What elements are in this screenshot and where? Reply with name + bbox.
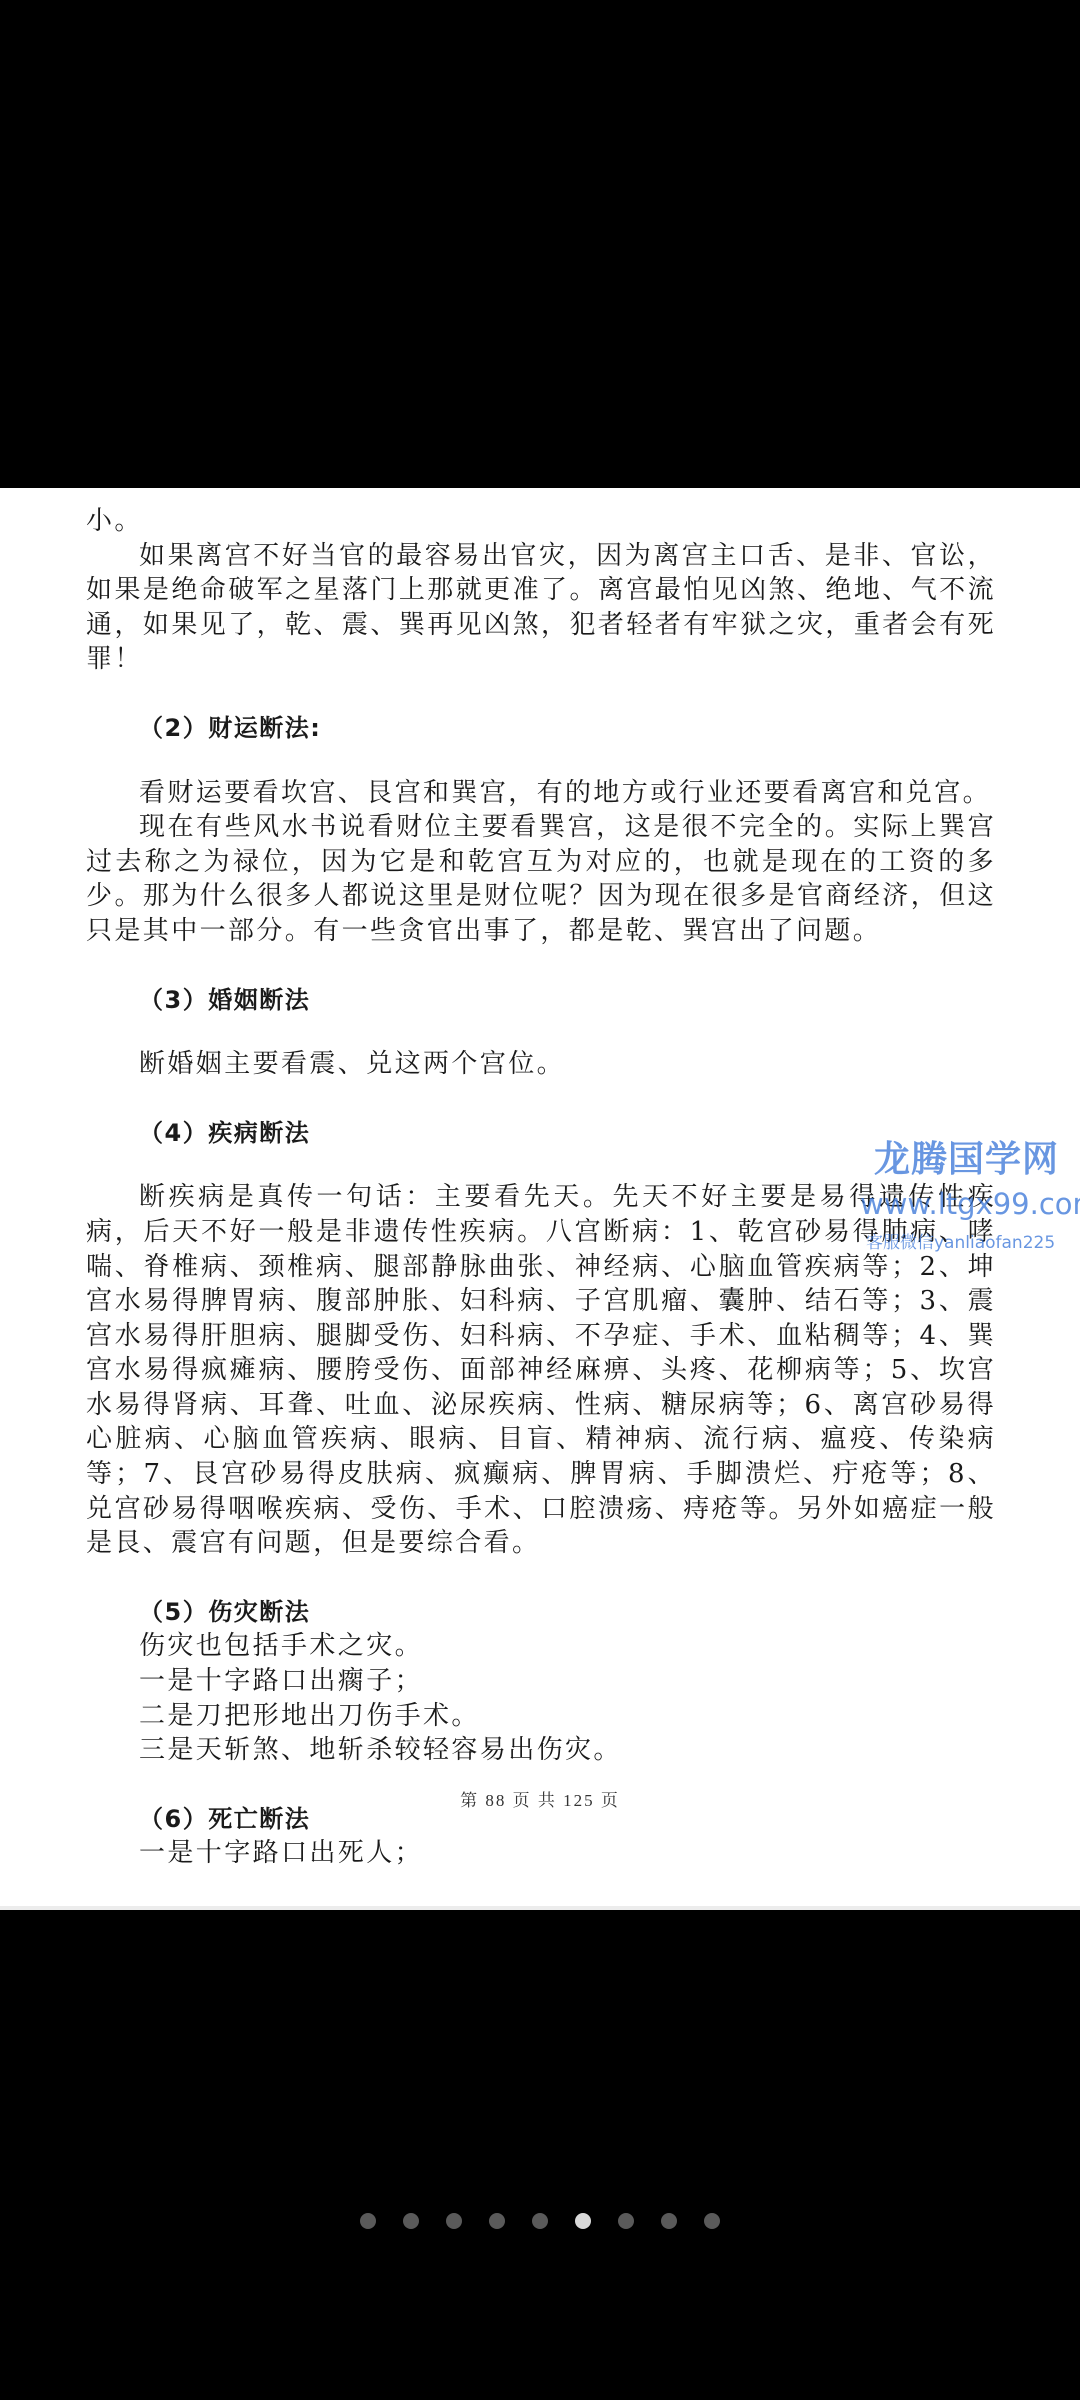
paragraph-injury-3: 三是天斩煞、地斩杀较轻容易出伤灾。	[86, 1733, 996, 1768]
page-dot-8[interactable]	[661, 2213, 677, 2229]
paragraph-marriage: 断婚姻主要看震、兑这两个宫位。	[86, 1047, 996, 1082]
section-heading-marriage: （3）婚姻断法	[86, 983, 996, 1018]
page-dot-4[interactable]	[489, 2213, 505, 2229]
page-dot-5[interactable]	[532, 2213, 548, 2229]
paragraph-continuation: 小。	[86, 504, 996, 539]
paragraph-death-1: 一是十字路口出死人；	[86, 1836, 996, 1871]
paragraph-injury-1: 一是十字路口出瘸子；	[86, 1664, 996, 1699]
section-heading-injury: （5）伤灾断法	[86, 1595, 996, 1630]
page-dot-6-active[interactable]	[575, 2213, 591, 2229]
page-dot-2[interactable]	[403, 2213, 419, 2229]
page-number-footer: 第 88 页 共 125 页	[0, 1786, 1080, 1811]
document-page[interactable]: 小。 如果离宫不好当官的最容易出官灾，因为离宫主口舌、是非、官讼，如果是绝命破军…	[0, 488, 1080, 1910]
page-indicator	[0, 2213, 1080, 2229]
paragraph-injury-2: 二是刀把形地出刀伤手术。	[86, 1699, 996, 1734]
page-dot-7[interactable]	[618, 2213, 634, 2229]
paragraph-wealth-position: 现在有些风水书说看财位主要看巽宫，这是很不完全的。实际上巽宫过去称之为禄位，因为…	[86, 810, 996, 948]
page-dot-1[interactable]	[360, 2213, 376, 2229]
image-viewer[interactable]: 小。 如果离宫不好当官的最容易出官灾，因为离宫主口舌、是非、官讼，如果是绝命破军…	[0, 0, 1080, 2400]
paragraph-illness: 断疾病是真传一句话：主要看先天。先天不好主要是易得遗传性疾病，后天不好一般是非遗…	[86, 1180, 996, 1561]
section-heading-wealth: （2）财运断法:	[86, 711, 996, 746]
paragraph-wealth-palaces: 看财运要看坎宫、艮宫和巽宫，有的地方或行业还要看离宫和兑宫。	[86, 776, 996, 811]
page-dot-3[interactable]	[446, 2213, 462, 2229]
page-dot-9[interactable]	[704, 2213, 720, 2229]
section-heading-illness: （4）疾病断法	[86, 1116, 996, 1151]
page-content: 小。 如果离宫不好当官的最容易出官灾，因为离宫主口舌、是非、官讼，如果是绝命破军…	[86, 504, 996, 1871]
paragraph-injury-intro: 伤灾也包括手术之灾。	[86, 1629, 996, 1664]
paragraph-official-disaster: 如果离宫不好当官的最容易出官灾，因为离宫主口舌、是非、官讼，如果是绝命破军之星落…	[86, 539, 996, 677]
